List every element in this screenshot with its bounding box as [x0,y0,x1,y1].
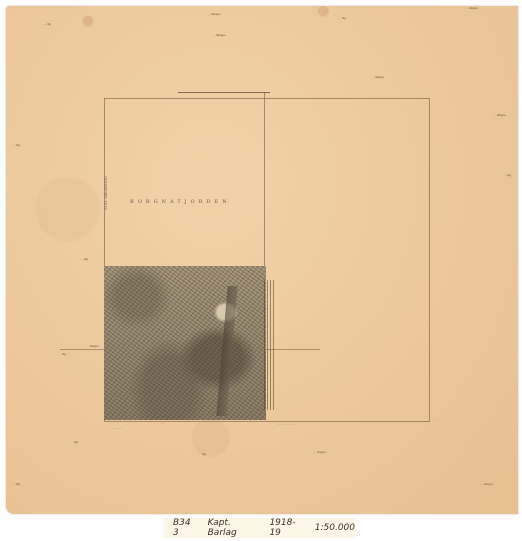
margin-note: ····ttlagne [480,482,493,486]
survey-years: 1918-19 [269,518,304,538]
sheet-number: B34 3 [173,518,198,538]
bottom-note: ··· ····· ····· [108,426,123,430]
margin-note: ·····ttlg [337,16,346,20]
side-label: STAT. MÅLEBORD [103,110,109,210]
bottom-note: ········ ·· ······ [277,422,295,426]
fjord-label: BORGNATJORDEN [130,199,231,205]
scale-tick-line [178,92,270,93]
bottom-note: · ····· [430,417,437,421]
margin-note: ····tttlagne [207,12,221,16]
relief-coast-strip [264,280,276,410]
map-scale: 1:50.000 [315,523,355,533]
margin-note: ····ttlg [198,452,206,456]
margin-note: ····ttlg [80,257,88,261]
margin-note: ····ttlg [12,482,20,486]
margin-note: ····ttlg [12,143,20,147]
margin-note: ····ttlagne [313,450,326,454]
margin-note: ····ttlg [503,173,511,177]
relief-map-area [104,266,266,420]
margin-note: ·····ttlg [42,22,51,26]
margin-note: ····ttlagne [86,344,99,348]
margin-note: ····ttlagne [465,6,478,10]
bottom-note: ····· [160,421,165,425]
sheet-caption: B34 3 Kapt. Barlag 1918-19 1:50.000 [163,518,355,538]
margin-note: ····ttlagne [371,75,384,79]
margin-note: ····ttlg [70,440,78,444]
margin-note: ····ttlg [58,352,66,356]
surveyor: Kapt. Barlag [208,518,260,538]
margin-note: ····ttlagne [493,113,506,117]
margin-note: ····tttlagne [212,33,226,37]
